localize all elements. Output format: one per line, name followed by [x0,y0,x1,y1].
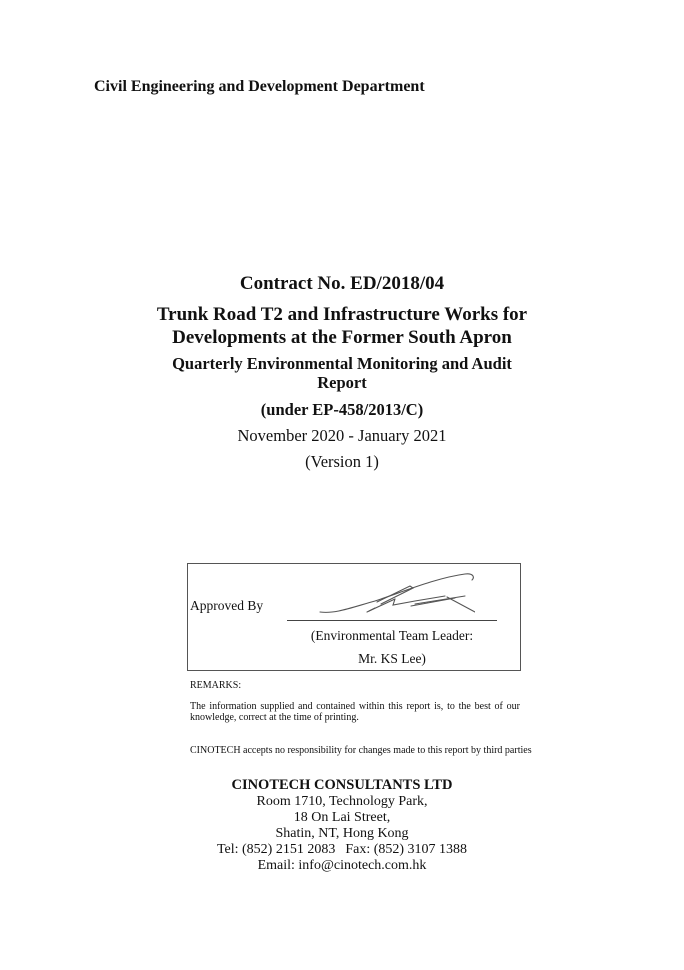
signature-line [287,620,497,621]
approved-by-label: Approved By [190,598,263,614]
company-email: Email: info@cinotech.com.hk [0,858,684,874]
report-subtitle-line-1: Quarterly Environmental Monitoring and A… [0,354,684,374]
signatory-name: Mr. KS Lee) [287,651,497,667]
department-name: Civil Engineering and Development Depart… [94,78,425,96]
company-address-line-3: Shatin, NT, Hong Kong [0,826,684,842]
remarks-accuracy-statement: The information supplied and contained w… [190,701,520,723]
report-title-line-2: Developments at the Former South Apron [0,327,684,349]
company-contact-phones: Tel: (852) 2151 2083Fax: (852) 3107 1388 [0,842,684,858]
document-version: (Version 1) [0,452,684,472]
signature-icon [315,568,475,618]
report-subtitle-line-2: Report [0,373,684,393]
contract-number: Contract No. ED/2018/04 [0,273,684,295]
remarks-heading: REMARKS: [190,680,241,691]
company-address-line-2: 18 On Lai Street, [0,810,684,826]
signatory-role: (Environmental Team Leader: [287,628,497,644]
company-fax: Fax: (852) 3107 1388 [345,842,467,857]
company-address-line-1: Room 1710, Technology Park, [0,794,684,810]
report-title-line-1: Trunk Road T2 and Infrastructure Works f… [0,304,684,326]
reporting-period: November 2020 - January 2021 [0,426,684,446]
remarks-disclaimer: CINOTECH accepts no responsibility for c… [190,745,532,756]
company-name: CINOTECH CONSULTANTS LTD [0,777,684,794]
environmental-permit: (under EP-458/2013/C) [0,400,684,420]
company-tel: Tel: (852) 2151 2083 [217,842,335,857]
